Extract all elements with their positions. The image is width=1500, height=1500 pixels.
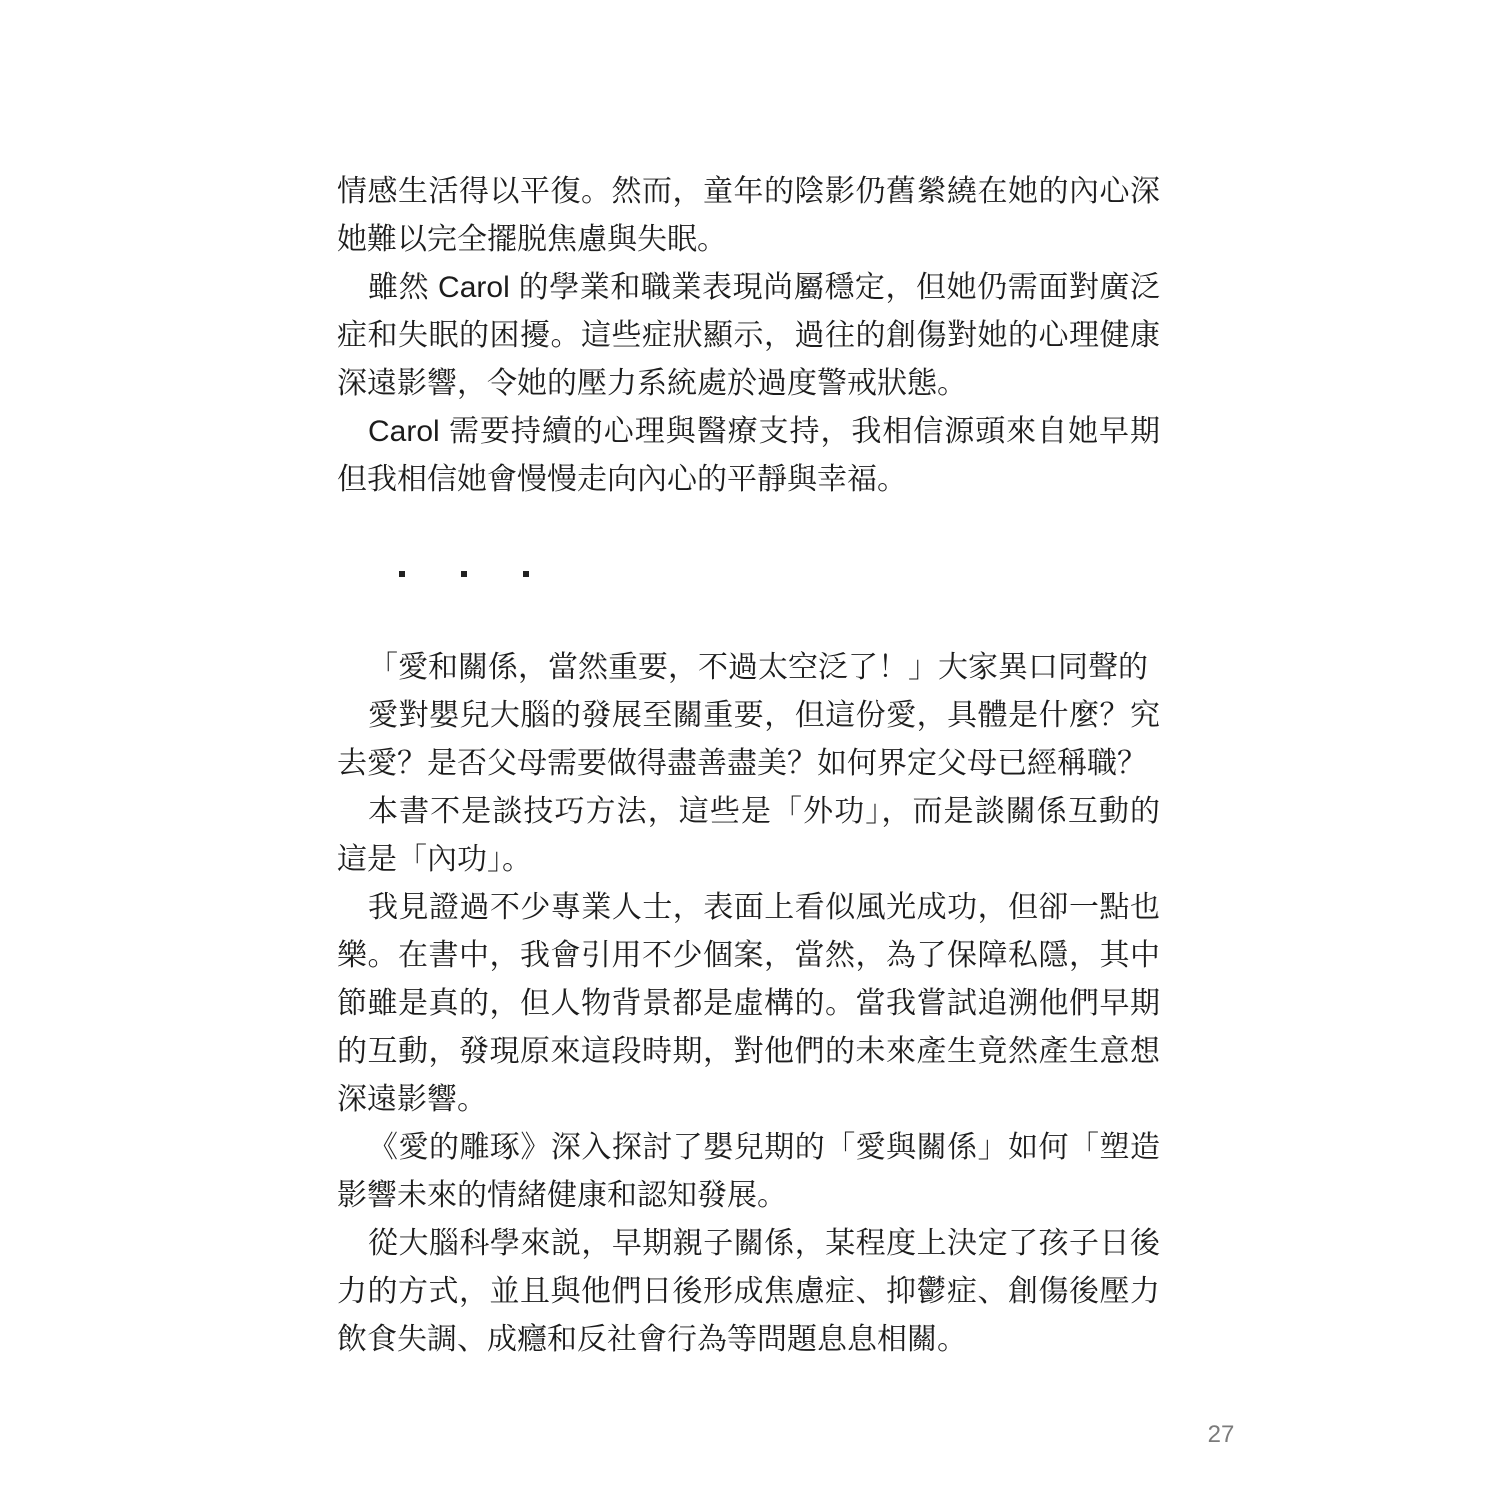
text-line: 去愛？是否父母需要做得盡善盡美？如何界定父母已經稱職？ <box>337 740 1160 788</box>
text-line: 「愛和關係，當然重要，不過太空泛了！」大家異口同聲的説。 <box>337 644 1160 692</box>
paragraph: 雖然 Carol 的學業和職業表現尚屬穩定，但她仍需面對廣泛性焦慮症和失眠的困擾… <box>337 264 1160 408</box>
paragraph: 情感生活得以平復。然而，童年的陰影仍舊縈繞在她的內心深處，讓她難以完全擺脱焦慮與… <box>337 168 1160 264</box>
text-line: 《愛的雕琢》深入探討了嬰兒期的「愛與關係」如何「塑造大腦」， <box>337 1124 1160 1172</box>
text-line: 飲食失調、成癮和反社會行為等問題息息相關。 <box>337 1316 1160 1364</box>
section-separator <box>399 550 1160 598</box>
text-block: 情感生活得以平復。然而，童年的陰影仍舊縈繞在她的內心深處，讓她難以完全擺脱焦慮與… <box>337 168 1160 1364</box>
text-line: 從大腦科學來説，早期親子關係，某程度上決定了孩子日後面對壓 <box>337 1220 1160 1268</box>
book-page: 情感生活得以平復。然而，童年的陰影仍舊縈繞在她的內心深處，讓她難以完全擺脱焦慮與… <box>0 0 1500 1500</box>
text-line: 我見證過不少專業人士，表面上看似風光成功，但卻一點也不快 <box>337 884 1160 932</box>
separator-dot <box>461 571 467 577</box>
paragraph: 我見證過不少專業人士，表面上看似風光成功，但卻一點也不快樂。在書中，我會引用不少… <box>337 884 1160 1124</box>
text-line: 這是「內功」。 <box>337 836 1160 884</box>
text-line: 本書不是談技巧方法，這些是「外功」，而是談關係互動的質素。 <box>337 788 1160 836</box>
text-line: 影響未來的情緒健康和認知發展。 <box>337 1172 1160 1220</box>
text-line: 情感生活得以平復。然而，童年的陰影仍舊縈繞在她的內心深處，讓 <box>337 168 1160 216</box>
text-line: 樂。在書中，我會引用不少個案，當然，為了保障私隱，其中故事情 <box>337 932 1160 980</box>
paragraph: Carol 需要持續的心理與醫療支持，我相信源頭來自她早期的創傷，但我相信她會慢… <box>337 408 1160 504</box>
paragraph: 愛對嬰兒大腦的發展至關重要，但這份愛，具體是什麼？究竟如何去愛？是否父母需要做得… <box>337 692 1160 788</box>
paragraph: 「愛和關係，當然重要，不過太空泛了！」大家異口同聲的説。 <box>337 644 1160 692</box>
paragraph: 本書不是談技巧方法，這些是「外功」，而是談關係互動的質素。這是「內功」。 <box>337 788 1160 884</box>
text-line: 症和失眠的困擾。這些症狀顯示，過往的創傷對她的心理健康帶來了 <box>337 312 1160 360</box>
text-line: 的互動，發現原來這段時期，對他們的未來產生竟然產生意想不到的 <box>337 1028 1160 1076</box>
page-number: 27 <box>1191 1421 1251 1449</box>
text-line: 深遠影響。 <box>337 1076 1160 1124</box>
paragraph: 《愛的雕琢》深入探討了嬰兒期的「愛與關係」如何「塑造大腦」，影響未來的情緒健康和… <box>337 1124 1160 1220</box>
text-line: 但我相信她會慢慢走向內心的平靜與幸福。 <box>337 456 1160 504</box>
separator-dot <box>523 571 529 577</box>
text-line: 深遠影響，令她的壓力系統處於過度警戒狀態。 <box>337 360 1160 408</box>
paragraph: 從大腦科學來説，早期親子關係，某程度上決定了孩子日後面對壓力的方式，並且與他們日… <box>337 1220 1160 1364</box>
separator-dot <box>399 571 405 577</box>
text-line: 她難以完全擺脱焦慮與失眠。 <box>337 216 1160 264</box>
text-line: 力的方式，並且與他們日後形成焦慮症、抑鬱症、創傷後壓力後遺症、 <box>337 1268 1160 1316</box>
text-line: 雖然 Carol 的學業和職業表現尚屬穩定，但她仍需面對廣泛性焦慮 <box>337 264 1160 312</box>
text-line: 愛對嬰兒大腦的發展至關重要，但這份愛，具體是什麼？究竟如何 <box>337 692 1160 740</box>
text-line: 節雖是真的，但人物背景都是虛構的。當我嘗試追溯他們早期與父母 <box>337 980 1160 1028</box>
text-line: Carol 需要持續的心理與醫療支持，我相信源頭來自她早期的創傷， <box>337 408 1160 456</box>
